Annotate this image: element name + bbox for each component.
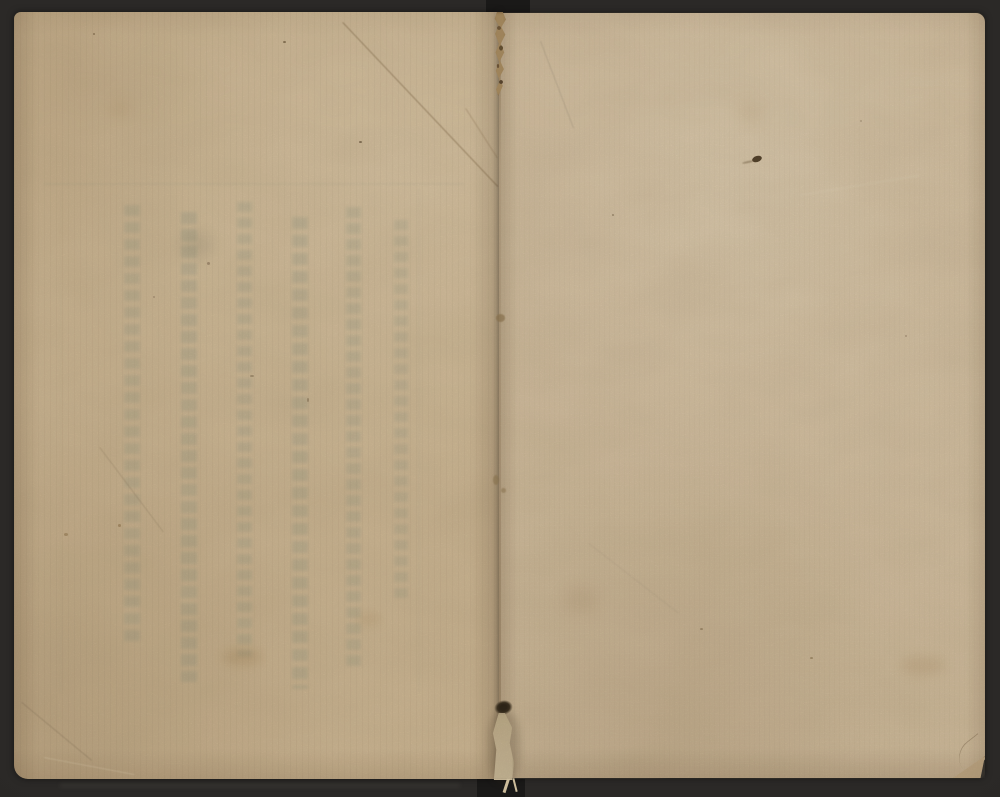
paper-speck xyxy=(207,262,210,265)
paper-speck xyxy=(700,628,703,630)
paper-crease xyxy=(21,702,92,761)
ghost-text-column xyxy=(292,217,308,689)
ghost-text-column xyxy=(181,212,197,682)
paper-speck xyxy=(810,657,813,659)
paper-speck xyxy=(612,214,614,216)
page-edge-reflection xyxy=(60,784,460,787)
paper-laid-texture xyxy=(14,12,499,779)
paper-crease xyxy=(342,22,498,187)
paper-speck xyxy=(751,155,762,164)
right-page xyxy=(499,13,985,778)
left-page xyxy=(14,12,499,779)
paper-stain xyxy=(900,655,946,675)
paper-crease xyxy=(588,543,679,614)
dogear-fold xyxy=(949,746,985,778)
paper-speck xyxy=(860,120,862,122)
paper-stain xyxy=(108,100,132,118)
paper-crease xyxy=(799,175,919,196)
paper-speck xyxy=(93,33,95,35)
dogear-crease-line xyxy=(951,733,993,774)
paper-speck xyxy=(64,533,68,536)
ghost-text-column xyxy=(124,205,140,645)
ghost-text-column xyxy=(237,202,252,657)
paper-speck xyxy=(742,160,754,164)
paper-speck xyxy=(359,141,362,143)
paper-speck xyxy=(307,398,309,402)
paper-laid-texture xyxy=(499,13,985,778)
paper-stain xyxy=(180,232,214,258)
spine-bottom xyxy=(477,779,525,797)
paper-stain xyxy=(222,648,262,666)
paper-crease xyxy=(540,41,574,128)
ghost-text-column xyxy=(346,207,361,667)
ghost-rule-line xyxy=(60,188,62,693)
paper-speck xyxy=(250,375,254,377)
paper-stain xyxy=(735,103,765,123)
paper-speck xyxy=(118,524,121,527)
ghost-bleedthrough-text xyxy=(14,12,499,779)
ghost-rule-line xyxy=(44,183,464,185)
paper-crease xyxy=(99,447,164,533)
book-scan xyxy=(0,0,1000,797)
paper-speck xyxy=(905,335,907,337)
paper-stain xyxy=(563,586,599,612)
paper-speck xyxy=(283,41,286,43)
paper-crease xyxy=(465,108,498,159)
ghost-text-column xyxy=(394,220,408,600)
ghost-rule-line xyxy=(418,188,420,693)
paper-crease xyxy=(44,757,134,775)
paper-speck xyxy=(153,296,155,298)
paper-stain xyxy=(356,612,382,626)
